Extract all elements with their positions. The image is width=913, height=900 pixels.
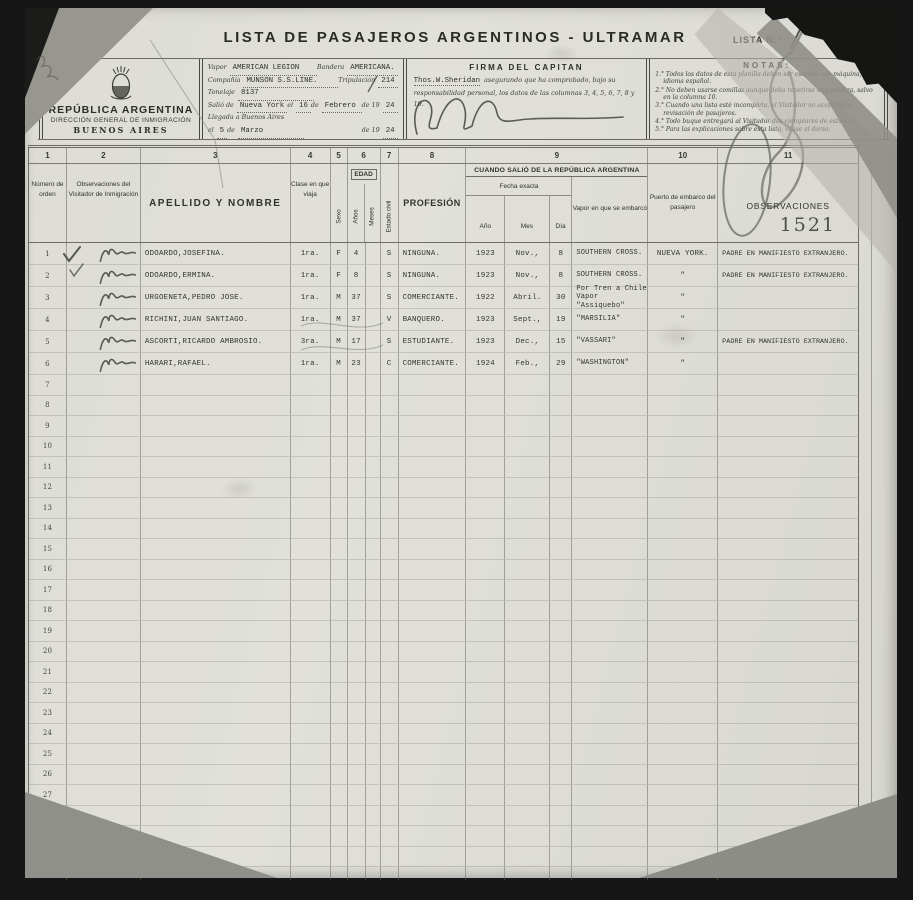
cell-clase [291,662,331,683]
cell-dia [550,621,572,642]
cell-dia [550,396,572,417]
cell-puerto: " [648,309,718,331]
cell-vapor [572,744,648,765]
column-number: 7 [381,148,399,163]
cell-puerto: " [648,287,718,309]
cell-name [141,724,291,745]
cell-visitador [67,498,141,519]
cell-name [141,560,291,581]
header-numero: Número de orden [29,164,67,242]
cell-puerto: " [648,265,718,287]
row-number: 18 [29,601,67,622]
column-number: 3 [141,148,291,163]
cell-estado [381,724,399,745]
cell-meses [366,498,381,519]
cell-vapor [572,457,648,478]
cell-sexo: M [331,331,348,353]
cell-vapor [572,621,648,642]
cell-obs [718,353,858,375]
cell-ano [466,744,505,765]
cell-clase [291,765,331,786]
cell-sexo [331,560,348,581]
column-number: 4 [291,148,331,163]
cell-meses [366,867,381,880]
compania-value: MUNSON S.S.LINE. [243,75,338,89]
cell-estado [381,457,399,478]
row-number: 6 [29,353,67,375]
cell-ano: 1923 [466,331,505,353]
cell-name [141,765,291,786]
cell-ano [466,396,505,417]
cell-dia [550,867,572,880]
cell-meses [366,375,381,396]
row-number: 4 [29,309,67,331]
cell-mes [505,478,550,499]
cell-meses [366,437,381,458]
cell-puerto: " [648,331,718,353]
cell-ano [466,601,505,622]
table-row: 23 [29,703,858,724]
cell-visitador [67,416,141,437]
row-number: 1 [29,243,67,265]
header-visitador: Observaciones del Visitador de Inmigraci… [67,164,141,242]
cell-name: ODOARDO,ERMINA. [141,265,291,287]
cell-obs [718,580,858,601]
cell-name [141,662,291,683]
cell-clase [291,519,331,540]
cell-mes: Feb., [505,353,550,375]
cell-visitador [67,580,141,601]
cell-puerto [648,642,718,663]
cell-puerto [648,621,718,642]
cell-visitador [67,519,141,540]
cell-ano [466,703,505,724]
cell-ano [466,437,505,458]
cell-dia [550,847,572,868]
cell-anos [348,498,366,519]
cell-estado: S [381,243,399,265]
cell-name [141,375,291,396]
cell-estado [381,621,399,642]
cell-puerto [648,580,718,601]
captain-box-title: FIRMA DEL CAPITAN [414,63,640,72]
cell-ano [466,826,505,847]
cell-ano [466,765,505,786]
cell-vapor [572,724,648,745]
cell-estado [381,539,399,560]
cell-dia [550,539,572,560]
cell-ano [466,785,505,806]
cell-clase [291,744,331,765]
cell-dia [550,785,572,806]
cell-meses [366,724,381,745]
visitor-initials-mark [96,330,138,352]
cell-vapor [572,785,648,806]
cell-profesion [399,826,467,847]
cell-name: RICHINI,JUAN SANTIAGO. [141,309,291,331]
cell-ano [466,847,505,868]
cell-clase [291,457,331,478]
cell-meses [366,621,381,642]
cell-obs [718,703,858,724]
cell-puerto [648,826,718,847]
de19-label: de 19 [362,124,380,137]
cell-clase [291,437,331,458]
table-row: 13 [29,498,858,519]
cell-mes [505,437,550,458]
cell-sexo [331,744,348,765]
cell-estado [381,847,399,868]
cell-vapor: "VASSARI" [572,331,648,353]
cell-clase: 3ra. [291,331,331,353]
cell-estado [381,416,399,437]
cell-sexo [331,785,348,806]
cell-mes [505,724,550,745]
cell-mes [505,867,550,880]
cell-puerto: NUEVA YORK. [648,243,718,265]
visitor-initials-mark [96,308,138,330]
cell-obs [718,662,858,683]
cell-vapor [572,437,648,458]
table-row: 1ODOARDO,JOSEFINA.1ra.F4SNINGUNA.1923Nov… [29,243,858,265]
cell-puerto [648,375,718,396]
cell-puerto [648,785,718,806]
column-number: 10 [648,148,718,163]
cell-clase [291,847,331,868]
cell-clase [291,867,331,880]
header-estado: Estado civil [381,164,399,242]
cell-ano [466,580,505,601]
table-row: 6HARARI,RAFAEL.1ra.M23CCOMERCIANTE.1924F… [29,353,858,375]
cell-anos [348,416,366,437]
header-mes: Mes [505,196,550,242]
cell-visitador [67,353,141,375]
header-apellido: APELLIDO Y NOMBRE [141,164,291,242]
cell-clase [291,375,331,396]
cell-obs [718,683,858,704]
divider [646,59,650,139]
cell-vapor [572,375,648,396]
cell-dia: 29 [550,353,572,375]
header-meses-label: Meses [369,207,376,226]
cell-obs [718,416,858,437]
cell-sexo [331,437,348,458]
cell-anos [348,519,366,540]
table-row: 10 [29,437,858,458]
cell-mes: Sept., [505,309,550,331]
cell-dia [550,580,572,601]
cell-anos [348,703,366,724]
cell-visitador [67,683,141,704]
tripulacion-label: Tripulación [338,74,375,87]
cell-ano [466,416,505,437]
cell-visitador [67,560,141,581]
cell-mes [505,683,550,704]
cell-profesion [399,580,467,601]
cell-obs [718,642,858,663]
cell-dia [550,498,572,519]
row-number: 15 [29,539,67,560]
cell-visitador [67,396,141,417]
cell-profesion [399,847,467,868]
tonelaje-value: 8137 [238,87,314,101]
cell-profesion [399,519,467,540]
column-number: 8 [399,148,467,163]
cell-estado [381,580,399,601]
cell-estado: C [381,353,399,375]
cell-mes: Nov., [505,265,550,287]
scanned-document: LISTA DE PASAJEROS ARGENTINOS - ULTRAMAR… [0,0,913,900]
cell-meses [366,309,381,331]
cell-ano [466,519,505,540]
cell-meses [366,457,381,478]
header-fecha-exacta-group: Fecha exacta Año Mes Día [466,177,572,242]
cell-sexo [331,806,348,827]
cell-mes [505,539,550,560]
cell-ano: 1922 [466,287,505,309]
page-title: LISTA DE PASAJEROS ARGENTINOS - ULTRAMAR [195,29,715,46]
cell-name [141,539,291,560]
cell-sexo: M [331,309,348,331]
salio-month: Febrero [322,100,362,114]
cell-obs [718,601,858,622]
cell-ano [466,457,505,478]
cell-ano [466,560,505,581]
cell-estado [381,375,399,396]
cell-name [141,642,291,663]
cell-obs [718,457,858,478]
cell-anos [348,683,366,704]
cell-dia [550,662,572,683]
cell-visitador [67,457,141,478]
cell-obs [718,621,858,642]
cell-mes [505,375,550,396]
bandera-label: Bandera [317,61,344,74]
header-profesion: PROFESIÓN [399,164,467,242]
row-number: 14 [29,519,67,540]
header-fecha-exacta: Fecha exacta [466,177,571,196]
cell-dia [550,724,572,745]
cell-meses [366,519,381,540]
header-edad-group: EDAD Años Meses [348,164,381,242]
cell-estado [381,601,399,622]
tripulacion-value: 214 [378,75,397,89]
cell-vapor [572,826,648,847]
cell-anos [348,601,366,622]
row-number: 3 [29,287,67,309]
cell-ano [466,621,505,642]
cell-anos: 4 [348,243,366,265]
vapor-value: AMERICAN LEGION [230,62,317,76]
cell-meses [366,396,381,417]
cell-obs [718,785,858,806]
cell-visitador [67,265,141,287]
cell-clase: 1ra. [291,243,331,265]
cell-anos [348,539,366,560]
cell-vapor [572,519,648,540]
cell-ano: 1924 [466,353,505,375]
cell-visitador [67,765,141,786]
cell-name [141,703,291,724]
cell-obs: PADRE EN MANIFIESTO EXTRANJERO. [718,243,858,265]
table-row: 12 [29,478,858,499]
cell-ano [466,539,505,560]
cell-ano [466,806,505,827]
cell-vapor [572,580,648,601]
salio-day: 16 [296,100,311,114]
cell-profesion: NINGUNA. [399,243,467,265]
cell-mes [505,765,550,786]
cell-mes [505,580,550,601]
cell-obs [718,560,858,581]
table-row: 7 [29,375,858,396]
cell-ano [466,375,505,396]
cell-anos: 23 [348,353,366,375]
cell-visitador [67,539,141,560]
cell-profesion [399,375,467,396]
row-number: 16 [29,560,67,581]
cell-clase [291,560,331,581]
cell-mes [505,806,550,827]
cell-estado [381,867,399,880]
cell-anos [348,457,366,478]
cell-obs: PADRE EN MANIFIESTO EXTRANJERO. [718,331,858,353]
table-body: 1ODOARDO,JOSEFINA.1ra.F4SNINGUNA.1923Nov… [29,243,858,880]
table-header-row: Número de orden Observaciones del Visita… [29,164,858,243]
cell-dia: 8 [550,243,572,265]
cell-estado: V [381,309,399,331]
cell-clase: 1ra. [291,353,331,375]
cell-dia: 30 [550,287,572,309]
cell-sexo [331,416,348,437]
cell-meses [366,847,381,868]
cell-sexo [331,498,348,519]
cell-obs [718,744,858,765]
row-number: 9 [29,416,67,437]
cell-profesion [399,703,467,724]
header-cuando-salio: CUANDO SALIÓ DE LA REPÚBLICA ARGENTINA [466,164,647,177]
cell-mes [505,457,550,478]
cell-dia [550,416,572,437]
cell-name: ODOARDO,JOSEFINA. [141,243,291,265]
header-anos: Años [348,184,365,242]
row-number: 21 [29,662,67,683]
table-row: 22 [29,683,858,704]
table-row: 2ODOARDO,ERMINA.1ra.F8SNINGUNA.1923Nov.,… [29,265,858,287]
cell-puerto [648,396,718,417]
cell-dia [550,765,572,786]
registry-stamp: 1521 [780,214,836,236]
ship-details-box: Vapor AMERICAN LEGION Bandera AMERICANA.… [204,59,402,139]
cell-meses [366,539,381,560]
cell-clase: 1ra. [291,309,331,331]
column-number: 9 [466,148,648,163]
cell-sexo [331,703,348,724]
cell-visitador [67,478,141,499]
row-number: 22 [29,683,67,704]
cell-visitador [67,785,141,806]
cell-clase [291,498,331,519]
cell-profesion [399,478,467,499]
column-number: 2 [67,148,141,163]
table-row: 18 [29,601,858,622]
cell-obs [718,437,858,458]
cell-obs [718,519,858,540]
cell-sexo [331,826,348,847]
cell-clase [291,785,331,806]
cell-name [141,416,291,437]
header-ano: Año [466,196,505,242]
table-row: 27 [29,785,858,806]
cell-sexo [331,642,348,663]
cell-profesion [399,498,467,519]
row-number: 26 [29,765,67,786]
cell-dia [550,437,572,458]
llegada-month: Marzo [238,125,304,139]
row-number: 24 [29,724,67,745]
cell-sexo [331,580,348,601]
cell-anos [348,847,366,868]
row-number: 7 [29,375,67,396]
cell-anos [348,478,366,499]
cell-clase [291,601,331,622]
cell-estado [381,785,399,806]
header-clase: Clase en que viaja [291,164,331,242]
cell-profesion [399,785,467,806]
cell-anos: 8 [348,265,366,287]
table-row: 8 [29,396,858,417]
header-vapor: Vapor en que se embarcó [572,177,647,242]
cell-vapor: SOUTHERN CROSS. [572,243,648,265]
cell-mes: Dec., [505,331,550,353]
column-number: 6 [348,148,381,163]
table-row: 3URGOENETA,PEDRO JOSE.1ra.M37SCOMERCIANT… [29,287,858,309]
cell-anos [348,621,366,642]
cell-sexo [331,621,348,642]
cell-vapor: "WASHINGTON" [572,353,648,375]
cell-clase [291,580,331,601]
cell-mes [505,396,550,417]
org-city: BUENOS AIRES [44,125,198,135]
cell-profesion: ESTUDIANTE. [399,331,467,353]
cell-meses [366,642,381,663]
cell-estado [381,826,399,847]
row-number: 19 [29,621,67,642]
cell-sexo [331,539,348,560]
cell-estado: S [381,287,399,309]
cell-mes [505,601,550,622]
table-row: 24 [29,724,858,745]
cell-profesion: BANQUERO. [399,309,467,331]
cell-name [141,806,291,827]
cell-anos [348,867,366,880]
table-row: 17 [29,580,858,601]
cell-vapor [572,560,648,581]
cell-mes [505,847,550,868]
cell-clase [291,416,331,437]
cell-visitador [67,287,141,309]
header-edad: EDAD [351,169,377,180]
cell-meses [366,826,381,847]
row-number: 20 [29,642,67,663]
cell-visitador [67,309,141,331]
cell-puerto [648,806,718,827]
cell-name: URGOENETA,PEDRO JOSE. [141,287,291,309]
cell-sexo [331,519,348,540]
column-number-row: 1 2 3 4 5 6 7 8 9 10 11 [29,148,858,164]
el-label: el [208,124,214,137]
cell-anos [348,375,366,396]
